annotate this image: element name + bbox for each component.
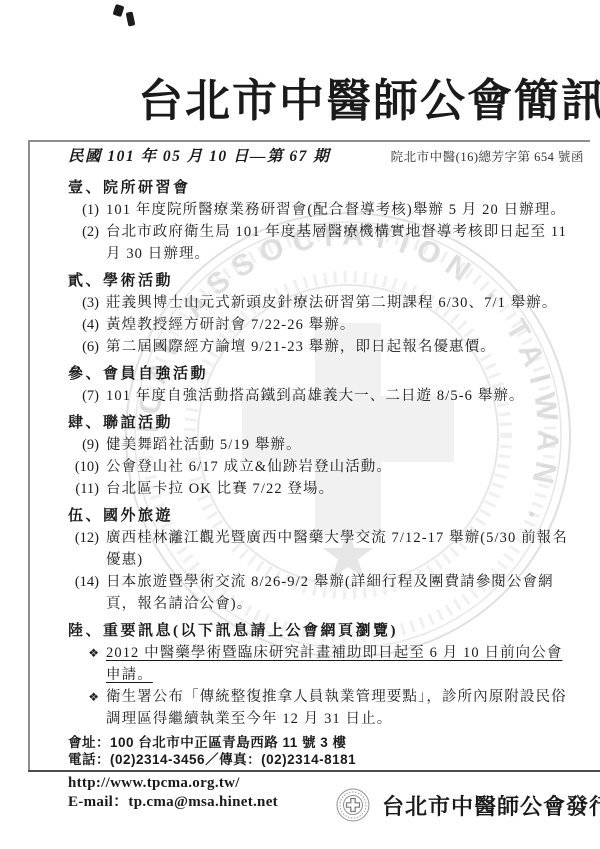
section-heading: 壹、院所研習會: [68, 177, 578, 199]
item-number: (1): [68, 199, 106, 221]
item-text: 公會登山社 6/17 成立&仙跡岩登山活動。: [106, 456, 578, 478]
list-item: (11)台北區卡拉 OK 比賽 7/22 登場。: [68, 478, 578, 500]
doc-number: 院北市中醫(16)總芳字第 654 號函: [391, 147, 584, 165]
web-contact-block: http://www.tpcma.org.tw/ E-mail：tp.cma@m…: [68, 774, 278, 812]
bullet-item: ❖衛生署公布「傳統整復推拿人員執業管理要點」，診所內原附設民俗調理區得繼續執業至…: [68, 686, 578, 730]
list-item: (12)廣西桂林灕江觀光暨廣西中醫藥大學交流 7/12-17 舉辦(5/30 前…: [68, 527, 578, 571]
section-heading: 貳、學術活動: [68, 270, 578, 292]
item-text: 黃煌教授經方研討會 7/22-26 舉辦。: [106, 314, 578, 336]
section: 肆、聯誼活動(9)健美舞蹈社活動 5/19 舉辦。(10)公會登山社 6/17 …: [68, 412, 578, 500]
contact-block: 會址：100 台北市中正區青島西路 11 號 3 樓 電話：(02)2314-3…: [68, 734, 356, 768]
item-text: 101 年度院所醫療業務研習會(配合督導考核)舉辦 5 月 20 日辦理。: [106, 199, 578, 221]
list-item: (7)101 年度自強活動搭高鐵到高雄義大一、二日遊 8/5-6 舉辦。: [68, 385, 578, 407]
publisher-block: 台北市中醫師公會發行: [336, 788, 600, 822]
phone-fax-line: 電話：(02)2314-3456／傳真：(02)2314-8181: [68, 751, 356, 768]
item-number: (3): [68, 292, 106, 314]
issue-row: 民國 101 年 05 月 10 日—第 67 期 院北市中醫(16)總芳字第 …: [68, 144, 584, 166]
item-number: (11): [68, 478, 106, 500]
section: 貳、學術活動(3)莊義興博士山元式新頭皮針療法研習第二期課程 6/30、7/1 …: [68, 270, 578, 358]
list-item: (4)黃煌教授經方研討會 7/22-26 舉辦。: [68, 314, 578, 336]
item-text: 健美舞蹈社活動 5/19 舉辦。: [106, 434, 578, 456]
section: 伍、國外旅遊(12)廣西桂林灕江觀光暨廣西中醫藥大學交流 7/12-17 舉辦(…: [68, 505, 578, 615]
item-number: (9): [68, 434, 106, 456]
section: 壹、院所研習會(1)101 年度院所醫療業務研習會(配合督導考核)舉辦 5 月 …: [68, 177, 578, 265]
email-line: E-mail：tp.cma@msa.hinet.net: [68, 793, 278, 812]
item-number: (10): [68, 456, 106, 478]
item-text: 廣西桂林灕江觀光暨廣西中醫藥大學交流 7/12-17 舉辦(5/30 前報名優惠…: [106, 527, 578, 571]
item-number: (4): [68, 314, 106, 336]
item-number: (2): [68, 221, 106, 265]
bullet-text: 2012 中醫藥學術暨臨床研究計畫補助即日起至 6 月 10 日前向公會申請。: [106, 642, 578, 686]
section-heading: 伍、國外旅遊: [68, 505, 578, 527]
list-item: (3)莊義興博士山元式新頭皮針療法研習第二期課程 6/30、7/1 舉辦。: [68, 292, 578, 314]
bullet-text: 衛生署公布「傳統整復推拿人員執業管理要點」，診所內原附設民俗調理區得繼續執業至今…: [106, 686, 578, 730]
item-text: 莊義興博士山元式新頭皮針療法研習第二期課程 6/30、7/1 舉辦。: [106, 292, 578, 314]
website-line: http://www.tpcma.org.tw/: [68, 774, 278, 793]
list-item: (14)日本旅遊暨學術交流 8/26-9/2 舉辦(詳細行程及團費請參閱公會網頁…: [68, 571, 578, 615]
item-number: (7): [68, 385, 106, 407]
bullet-item: ❖2012 中醫藥學術暨臨床研究計畫補助即日起至 6 月 10 日前向公會申請。: [68, 642, 578, 686]
section: 參、會員自強活動(7)101 年度自強活動搭高鐵到高雄義大一、二日遊 8/5-6…: [68, 363, 578, 407]
item-number: (6): [68, 336, 106, 358]
list-item: (1)101 年度院所醫療業務研習會(配合督導考核)舉辦 5 月 20 日辦理。: [68, 199, 578, 221]
list-item: (10)公會登山社 6/17 成立&仙跡岩登山活動。: [68, 456, 578, 478]
list-item: (2)台北市政府衛生局 101 年度基層醫療機構實地督導考核即日起至 11 月 …: [68, 221, 578, 265]
item-number: (12): [68, 527, 106, 571]
section-heading: 肆、聯誼活動: [68, 412, 578, 434]
section-heading: 陸、重要訊息(以下訊息請上公會網頁瀏覽): [68, 620, 578, 642]
newsletter-title: 台北市中醫師公會簡訊: [138, 64, 594, 129]
sections-container: 壹、院所研習會(1)101 年度院所醫療業務研習會(配合督導考核)舉辦 5 月 …: [68, 177, 578, 730]
list-item: (6)第二屆國際經方論壇 9/21-23 舉辦，即日起報名優惠價。: [68, 336, 578, 358]
issue-date: 民國 101 年 05 月 10 日—第 67 期: [68, 144, 330, 166]
bottom-rule: [28, 770, 600, 772]
item-number: (14): [68, 571, 106, 615]
address-line: 會址：100 台北市中正區青島西路 11 號 3 樓: [68, 734, 356, 751]
section-heading: 參、會員自強活動: [68, 363, 578, 385]
section: 陸、重要訊息(以下訊息請上公會網頁瀏覽)❖2012 中醫藥學術暨臨床研究計畫補助…: [68, 620, 578, 730]
bullet-diamond-icon: ❖: [68, 686, 106, 730]
item-text: 台北市政府衛生局 101 年度基層醫療機構實地督導考核即日起至 11 月 30 …: [106, 221, 578, 265]
item-text: 日本旅遊暨學術交流 8/26-9/2 舉辦(詳細行程及團費請參閱公會網頁，報名請…: [106, 571, 578, 615]
scan-artifact-mark: [114, 4, 140, 28]
newsletter-page: MEDICAL ASSOCIATION · TAIWAN · 台北市中醫師公會簡…: [0, 0, 600, 849]
item-text: 101 年度自強活動搭高鐵到高雄義大一、二日遊 8/5-6 舉辦。: [106, 385, 578, 407]
list-item: (9)健美舞蹈社活動 5/19 舉辦。: [68, 434, 578, 456]
publisher-line: 台北市中醫師公會發行: [382, 790, 600, 821]
bullet-diamond-icon: ❖: [68, 642, 106, 686]
association-seal-icon: [336, 788, 370, 822]
item-text: 台北區卡拉 OK 比賽 7/22 登場。: [106, 478, 578, 500]
item-text: 第二屆國際經方論壇 9/21-23 舉辦，即日起報名優惠價。: [106, 336, 578, 358]
